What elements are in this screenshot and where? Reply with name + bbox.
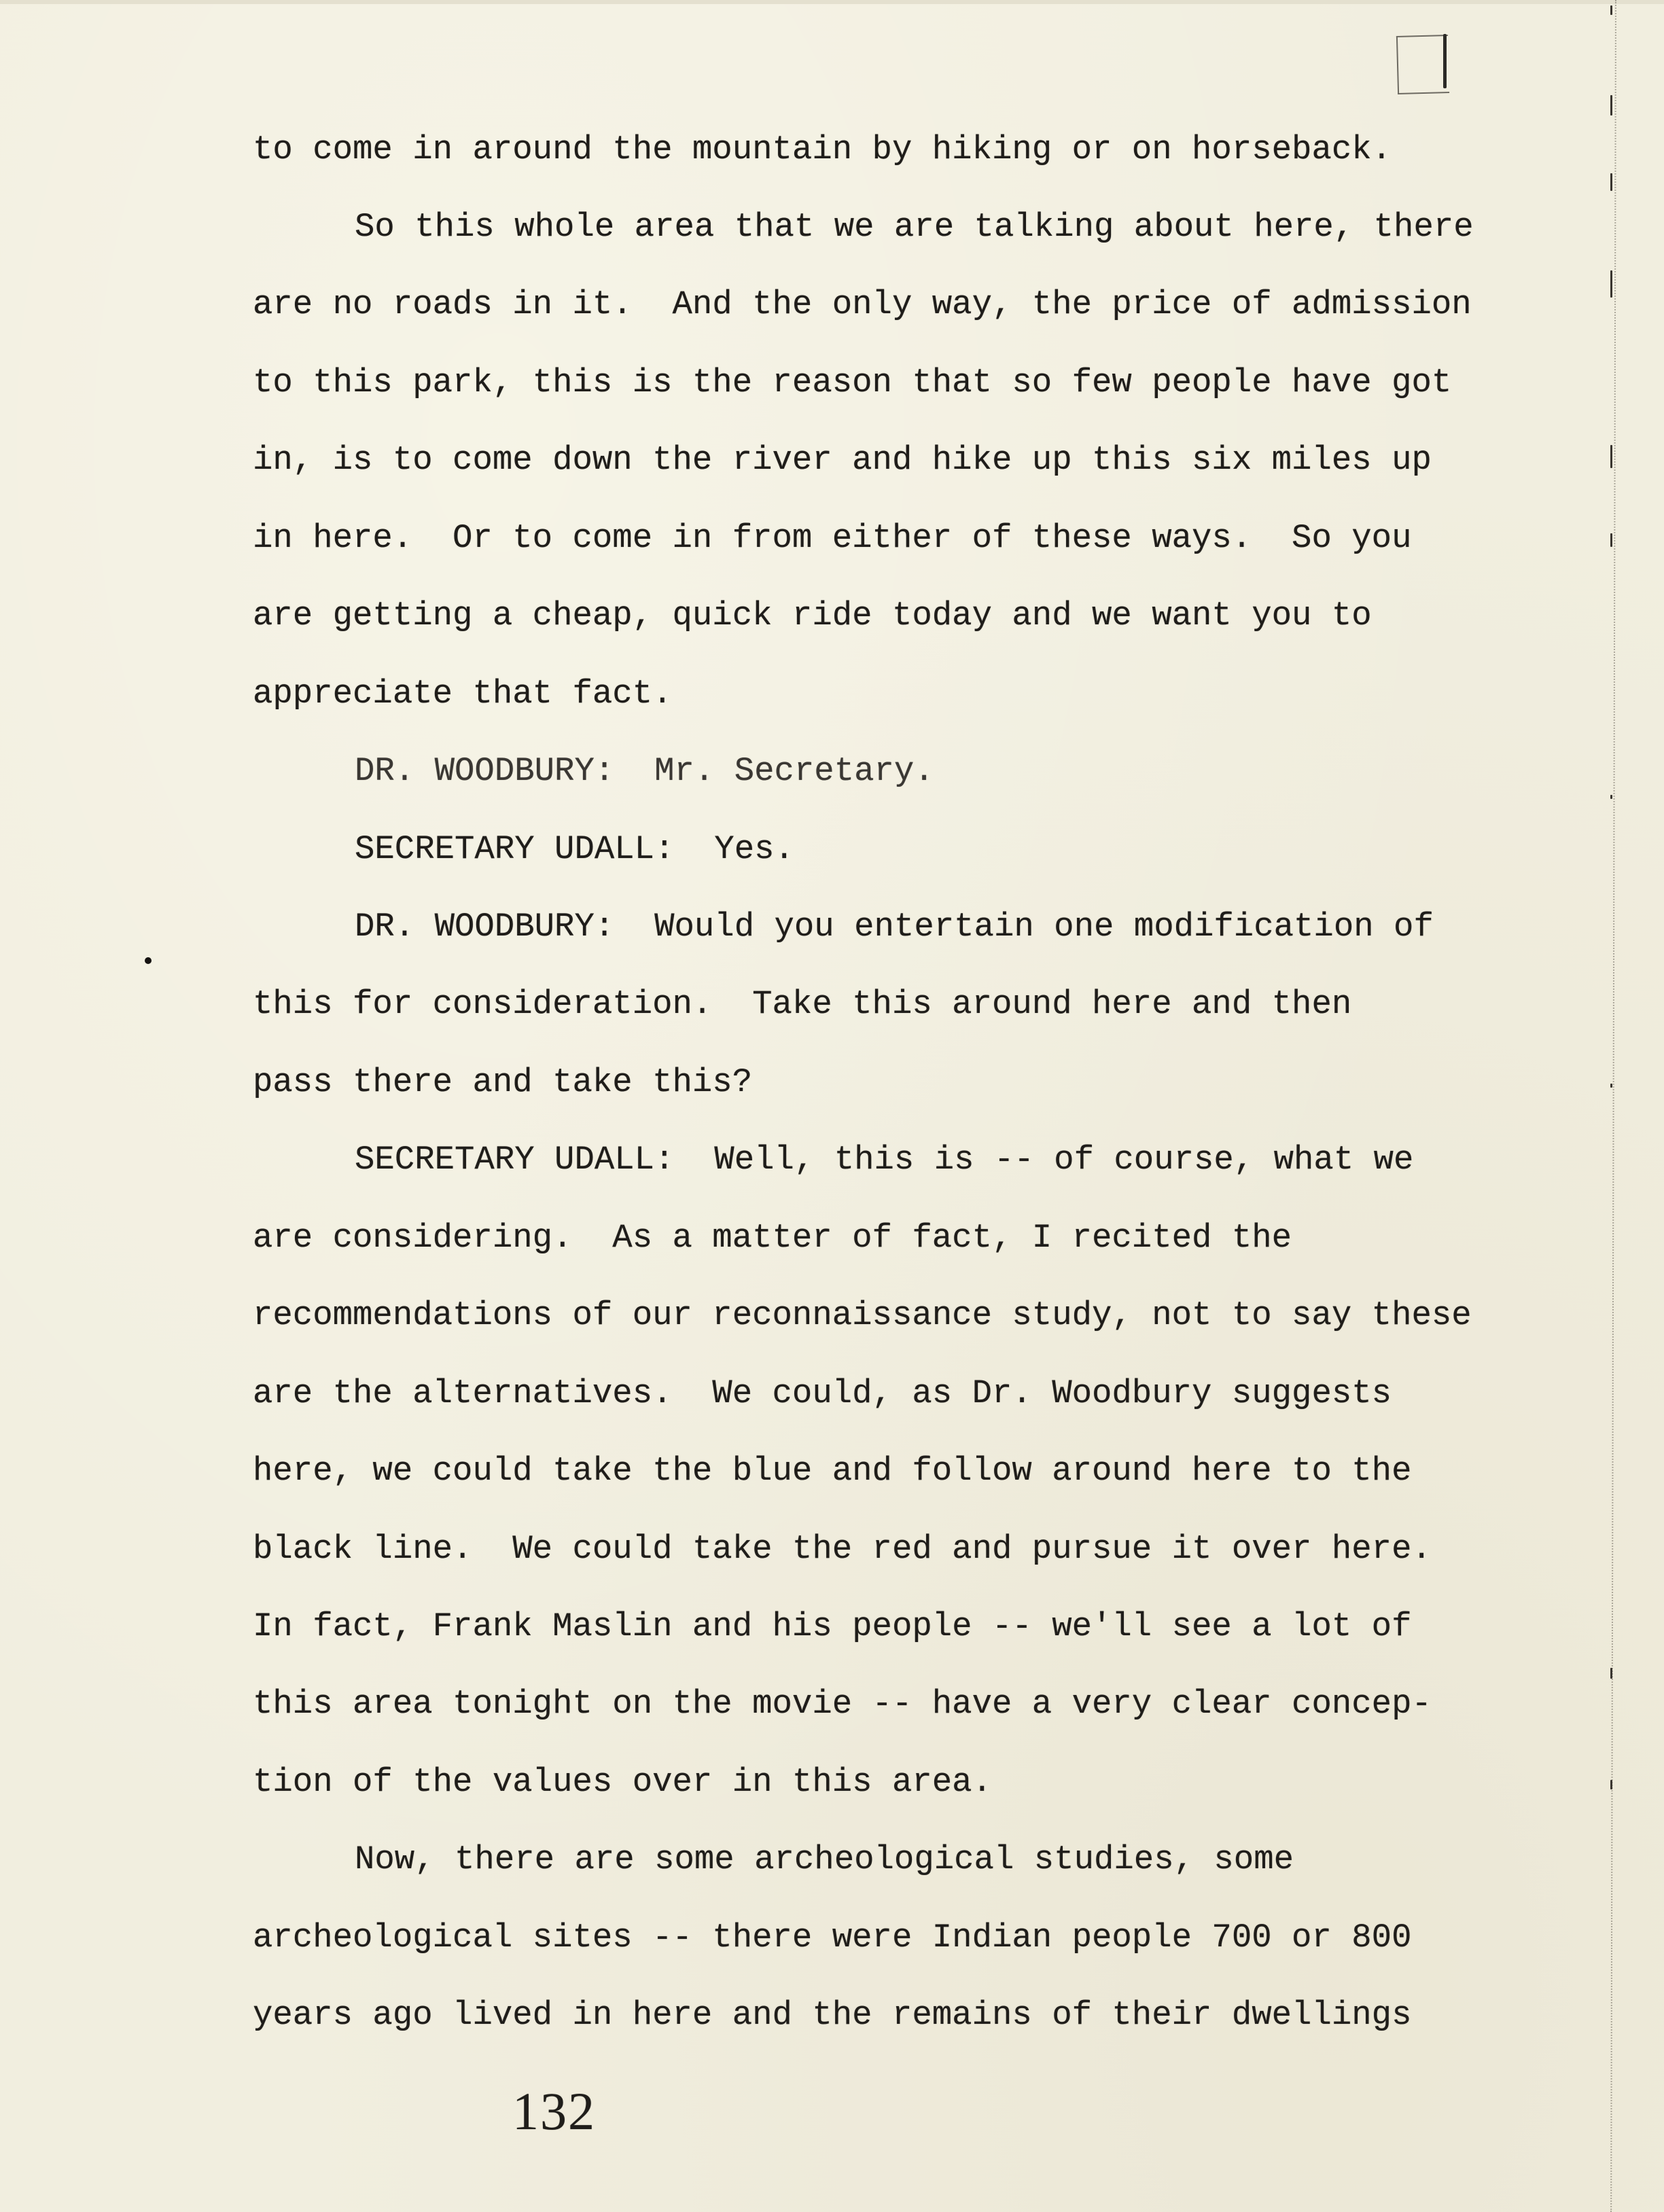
transcript-line: pass there and take this? <box>253 1062 752 1103</box>
transcript-line: tion of the values over in this area. <box>253 1762 992 1802</box>
transcript-line: in here. Or to come in from either of th… <box>253 518 1411 558</box>
margin-tick <box>1610 270 1612 298</box>
corner-box-mark <box>1396 35 1449 94</box>
margin-tick <box>1610 1668 1612 1679</box>
transcript-line: are the alternatives. We could, as Dr. W… <box>253 1373 1392 1414</box>
speaker-line-udall: SECRETARY UDALL: Well, this is -- of cou… <box>355 1139 1413 1180</box>
transcript-line: to this park, this is the reason that so… <box>253 362 1451 403</box>
transcript-line: Now, there are some archeological studie… <box>355 1839 1294 1880</box>
transcript-line: here, we could take the blue and follow … <box>253 1450 1411 1491</box>
margin-tick <box>1610 795 1612 799</box>
transcript-line: in, is to come down the river and hike u… <box>253 440 1432 480</box>
transcript-line: In fact, Frank Maslin and his people -- … <box>253 1606 1411 1647</box>
corner-box-ink-edge <box>1443 34 1447 88</box>
transcript-line: recommendations of our reconnaissance st… <box>253 1295 1472 1336</box>
margin-tick <box>1610 533 1612 547</box>
transcript-line: So this whole area that we are talking a… <box>355 207 1474 247</box>
transcript-line: are no roads in it. And the only way, th… <box>253 284 1472 325</box>
right-margin-rule <box>1610 0 1616 2212</box>
margin-tick <box>1610 445 1612 468</box>
page-top-edge <box>0 0 1664 4</box>
speaker-line-udall: SECRETARY UDALL: Yes. <box>355 829 794 870</box>
page-number: 132 <box>512 2084 596 2139</box>
transcript-line: to come in around the mountain by hiking… <box>253 129 1392 170</box>
transcript-line: are considering. As a matter of fact, I … <box>253 1217 1292 1258</box>
margin-tick <box>1610 173 1612 191</box>
paper-texture <box>0 0 1664 2212</box>
margin-tick <box>1610 95 1612 115</box>
transcript-line: appreciate that fact. <box>253 673 673 714</box>
speaker-line-woodbury: DR. WOODBURY: Mr. Secretary. <box>355 751 934 791</box>
margin-tick <box>1610 1084 1612 1088</box>
transcript-line: archeological sites -- there were Indian… <box>253 1917 1411 1958</box>
transcript-line: this for consideration. Take this around… <box>253 984 1351 1024</box>
transcript-line: this area tonight on the movie -- have a… <box>253 1683 1432 1724</box>
transcript-line: black line. We could take the red and pu… <box>253 1529 1432 1569</box>
speaker-line-woodbury: DR. WOODBURY: Would you entertain one mo… <box>355 906 1434 947</box>
margin-tick <box>1610 1780 1612 1789</box>
transcript-line: years ago lived in here and the remains … <box>253 1995 1411 2035</box>
margin-tick <box>1610 5 1612 15</box>
stray-ink-dot <box>145 957 152 964</box>
transcript-line: are getting a cheap, quick ride today an… <box>253 595 1372 636</box>
